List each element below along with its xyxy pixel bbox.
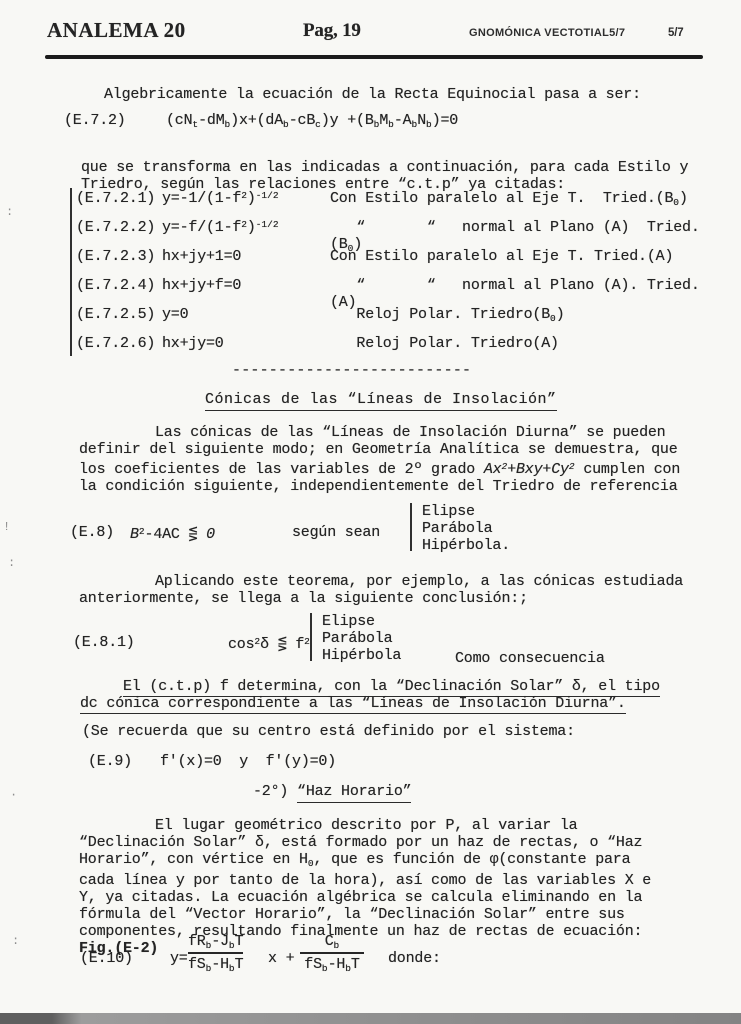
underlined-statement-line2: dc cónica correspondiente a las “Líneas … (80, 695, 626, 714)
section-title-conicas: Cónicas de las “Líneas de Insolación” (205, 391, 557, 408)
equation-e81-formula: cos2δ ⋚ f2 (228, 634, 310, 653)
row-label: (E.7.2.4) (76, 277, 162, 294)
sheet-index: 5/7 (668, 27, 683, 39)
equation-row-e726: (E.7.2.6) hx+jy=0 Reloj Polar. Triedro(A… (72, 335, 712, 364)
equation-row-e723: (E.7.2.3) hx+jy+1=0 Con Estilo paralelo … (72, 248, 712, 277)
cases-bracket-e81: Elipse Parábola Hipérbola (310, 613, 401, 661)
journal-title: ANALEMA 20 (47, 18, 186, 43)
fraction-bar (188, 952, 243, 954)
header-rule (45, 55, 703, 59)
scan-edge-bottom (0, 1013, 741, 1024)
fraction-denominator: fSb-HbT (188, 956, 243, 974)
equation-e81-label: (E.8.1) (73, 634, 135, 651)
equation-row-e721: (E.7.2.1) y=-1/(1-f2)-1/2 Con Estilo par… (72, 190, 712, 219)
section2-title-text: “Haz Horario” (297, 783, 411, 803)
equation-row-e722: (E.7.2.2) y=-f/(1-f2)-1/2 “ “ normal al … (72, 219, 712, 248)
intro-paragraph: Algebricamente la ecuación de la Recta E… (104, 86, 641, 103)
equation-e10-label: (E.10) (80, 950, 133, 967)
equation-e72-formula: (cNt-dMb)x+(dAb-cBc)y +(BbMb-AbNb)=0 (166, 112, 458, 130)
row-label: (E.7.2.5) (76, 306, 162, 323)
case-item: Elipse (322, 613, 401, 630)
row-formula: y=0 (162, 306, 330, 323)
fraction-2: Cb fSb-HbT (300, 933, 364, 974)
equation-e10-lhs: y= (170, 950, 188, 967)
equation-e8-formula: B2-4AC ⋚ 0 (130, 524, 215, 543)
row-note: Reloj Polar. Triedro(A) (330, 335, 712, 352)
section-title-text: Cónicas de las “Líneas de Insolación” (205, 391, 557, 411)
case-item: Hipérbola. (422, 537, 510, 554)
row-note: Con Estilo paralelo al Eje T. Tried.(B0) (330, 190, 712, 208)
row-label: (E.7.2.6) (76, 335, 162, 352)
row-formula: y=-1/(1-f2)-1/2 (162, 190, 330, 207)
case-item: Parábola (422, 520, 510, 537)
fraction-numerator: Cb (325, 933, 340, 951)
scanned-document-page: ANALEMA 20 Pag, 19 GNOMÓNICA VECTOTIAL5/… (0, 0, 741, 1024)
equation-e9-formula: f′(x)=0 y f′(y)=0) (160, 753, 336, 770)
scan-artifact: : (8, 556, 15, 570)
page-number: Pag, 19 (303, 20, 361, 42)
scan-artifact: ! (3, 520, 10, 534)
row-note: Con Estilo paralelo al Eje T. Tried.(A) (330, 248, 712, 265)
case-item: Hipérbola (322, 647, 401, 664)
case-item: Elipse (422, 503, 510, 520)
row-formula: hx+jy+1=0 (162, 248, 330, 265)
row-note: Reloj Polar. Triedro(B0) (330, 306, 712, 324)
consequence-note: Como consecuencia (455, 650, 605, 667)
cases-bracket-e8: Elipse Parábola Hipérbola. (410, 503, 510, 551)
row-formula: hx+jy=0 (162, 335, 330, 352)
scan-artifact: : (6, 205, 13, 219)
row-label: (E.7.2.2) (76, 219, 162, 236)
fraction-denominator: fSb-HbT (304, 956, 359, 974)
fraction-numerator: fRb-JbT (188, 933, 243, 951)
equation-e72-label: (E.7.2) (64, 112, 126, 129)
row-label: (E.7.2.3) (76, 248, 162, 265)
equation-e10-mid: x + (268, 950, 294, 967)
paragraph-haz-horario: El lugar geométrico descrito por P, al v… (79, 817, 671, 957)
section-title-haz-horario: -2°) “Haz Horario” (253, 783, 411, 800)
equation-list: (E.7.2.1) y=-1/(1-f2)-1/2 Con Estilo par… (70, 188, 712, 356)
equation-e9-label: (E.9) (88, 753, 132, 770)
section2-prefix: -2°) (253, 783, 297, 800)
fraction-bar (300, 952, 364, 954)
equation-e8-mid: según sean (292, 524, 380, 541)
paragraph-recuerda: (Se recuerda que su centro está definido… (82, 723, 575, 740)
paragraph-aplicando: Aplicando este teorema, por ejemplo, a l… (79, 573, 691, 607)
case-item: Parábola (322, 630, 401, 647)
paragraph-conicas: Las cónicas de las “Líneas de Insolación… (79, 424, 691, 495)
row-formula: y=-f/(1-f2)-1/2 (162, 219, 330, 236)
row-label: (E.7.2.1) (76, 190, 162, 207)
equation-e10-tail: donde: (388, 950, 441, 967)
equation-row-e725: (E.7.2.5) y=0 Reloj Polar. Triedro(B0) (72, 306, 712, 335)
dashed-separator: -------------------------- (232, 362, 471, 379)
equation-row-e724: (E.7.2.4) hx+jy+f=0 “ “ normal al Plano … (72, 277, 712, 306)
equation-e8-label: (E.8) (70, 524, 114, 541)
scan-artifact: : (12, 934, 19, 948)
row-formula: hx+jy+f=0 (162, 277, 330, 294)
fraction-1: fRb-JbT fSb-HbT (188, 933, 243, 974)
scan-artifact: · (10, 788, 17, 802)
series-label: GNOMÓNICA VECTOTIAL5/7 (469, 27, 625, 39)
